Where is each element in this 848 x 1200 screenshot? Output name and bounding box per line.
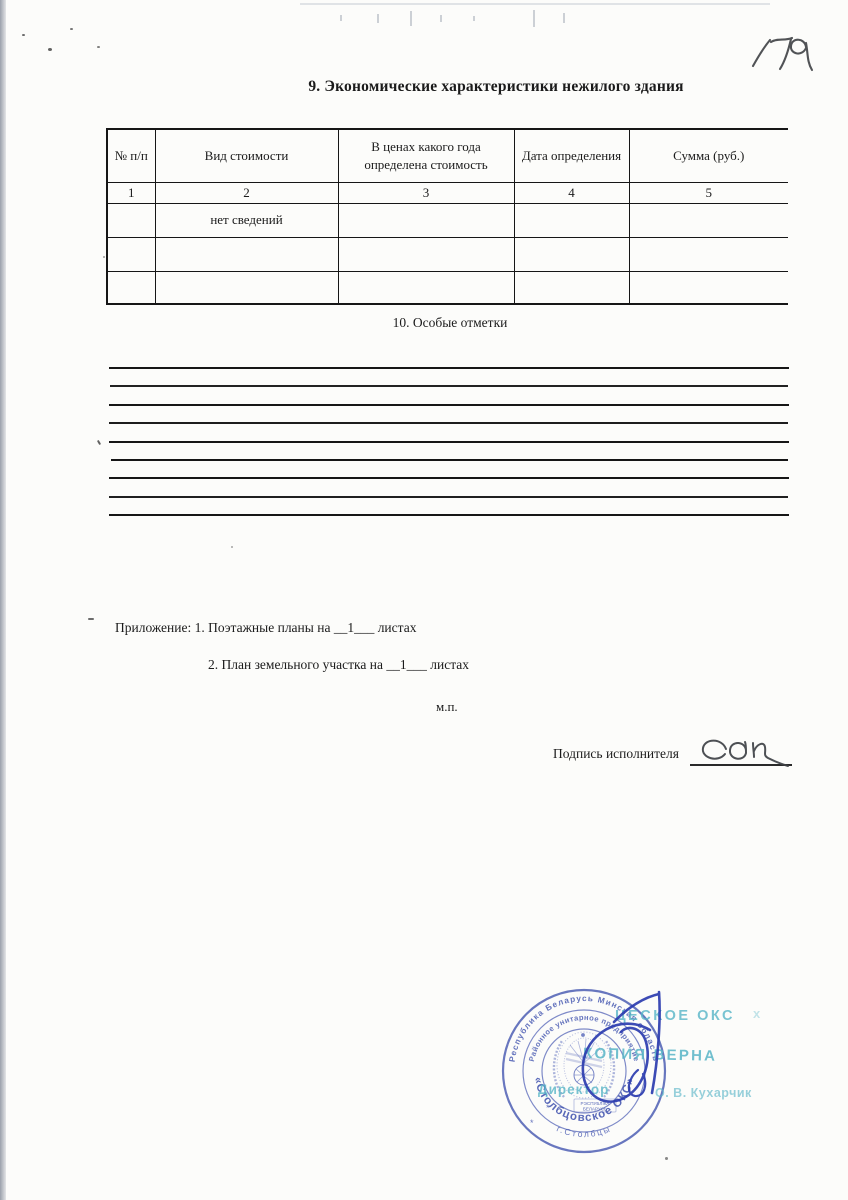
- ghost-mark: [533, 10, 535, 27]
- cell: [514, 271, 629, 304]
- ruled-line: [109, 496, 788, 498]
- cell: [107, 237, 155, 271]
- ruled-line: [111, 459, 788, 461]
- table-row: [107, 271, 788, 304]
- table-row: нет сведений: [107, 203, 788, 237]
- header-price-year: В ценах какого года определена стоимость: [338, 129, 514, 182]
- ruled-line: [110, 385, 788, 387]
- header-sum: Сумма (руб.): [629, 129, 788, 182]
- attachment-1-prefix: 1. Поэтажные планы на: [195, 620, 331, 635]
- cell: [338, 237, 514, 271]
- header-date: Дата определения: [514, 129, 629, 182]
- stamp-city-arc: г.Столбцы: [555, 1123, 613, 1139]
- dust-speck: [231, 546, 233, 548]
- ruled-lines-block: [109, 367, 789, 533]
- cell: [514, 237, 629, 271]
- cell: [338, 203, 514, 237]
- cell: [514, 203, 629, 237]
- handwritten-page-number: 179: [745, 28, 817, 80]
- cell: [629, 237, 788, 271]
- ruled-line: [109, 422, 788, 424]
- attachment-item-1: Приложение: 1. Поэтажные планы на __1___…: [115, 620, 416, 636]
- blank-underscores: __: [334, 620, 348, 635]
- overlay-copy-verna: КОПИЯ ВЕРНА: [583, 1045, 717, 1065]
- blank-underscores: __: [386, 657, 400, 672]
- executor-signature-label: Подпись исполнителя: [553, 746, 679, 762]
- stamp-emblem: [554, 1032, 616, 1112]
- pen-tick-mark: [97, 440, 101, 445]
- header-num: № п/п: [107, 129, 155, 182]
- ghost-mark: [410, 11, 412, 26]
- digit-9-loop-stroke: [791, 40, 806, 54]
- header-value-type: Вид стоимости: [155, 129, 338, 182]
- overlay-director-name: О. В. Кухарчик: [655, 1086, 752, 1100]
- ghost-mark: [473, 16, 475, 21]
- emblem-ribbon-text: РЭСПУБЛІКА БЕЛАРУСЬ: [581, 1101, 611, 1112]
- cell-no-data-note: нет сведений: [155, 203, 338, 237]
- dust-speck: [48, 48, 52, 51]
- ghost-mark: [340, 15, 342, 21]
- blank-underscores: ___: [407, 657, 427, 672]
- table-row: [107, 237, 788, 271]
- dust-speck: [97, 46, 100, 48]
- attachment-2-suffix: листах: [430, 657, 469, 672]
- stamp-star-inner: *: [546, 1103, 550, 1113]
- economic-characteristics-table: № п/п Вид стоимости В ценах какого года …: [106, 128, 788, 305]
- ghost-mark: [440, 15, 442, 22]
- ruled-line: [109, 404, 789, 406]
- stamp-star-outer: *: [530, 1118, 534, 1128]
- attachment-1-suffix: листах: [378, 620, 417, 635]
- overlay-line1-tail: х: [753, 1006, 761, 1021]
- emblem-star: [582, 1034, 585, 1037]
- dust-speck: [22, 34, 25, 36]
- table-header-row: № п/п Вид стоимости В ценах какого года …: [107, 129, 788, 182]
- scanned-document-page: 179 9. Экономические характеристики нежи…: [0, 0, 848, 1200]
- ruled-line: [109, 477, 789, 479]
- cell: [155, 271, 338, 304]
- blank-underscores: ___: [354, 620, 374, 635]
- cell: [629, 271, 788, 304]
- cell: [155, 237, 338, 271]
- overlay-director-label: Директор: [538, 1082, 609, 1097]
- scan-edge-shadow: [0, 0, 6, 1200]
- cell: [338, 271, 514, 304]
- attachment-2-prefix: 2. План земельного участка на: [208, 657, 383, 672]
- col-number: 1: [107, 182, 155, 203]
- official-round-stamp: Республика Беларусь Минская область Райо…: [470, 975, 848, 1200]
- ghost-mark: [377, 14, 379, 23]
- column-numbers-row: 1 2 3 4 5: [107, 182, 788, 203]
- ruled-line: [109, 441, 789, 443]
- col-number: 4: [514, 182, 629, 203]
- executor-signature-scrawl: [693, 726, 799, 772]
- ruled-line: [109, 367, 789, 369]
- svg-text:г.Столбцы: г.Столбцы: [555, 1123, 613, 1139]
- col-number: 3: [338, 182, 514, 203]
- col-number: 2: [155, 182, 338, 203]
- cell: [107, 203, 155, 237]
- section9-title: 9. Экономические характеристики нежилого…: [72, 78, 848, 96]
- overlay-line1: ЦЕСКОЕ ОКС: [615, 1008, 735, 1024]
- attachment-item-2: 2. План земельного участка на __1___ лис…: [208, 657, 469, 673]
- attachments-label: Приложение:: [115, 620, 191, 635]
- emblem-text-line2: БЕЛАРУСЬ: [583, 1107, 607, 1112]
- col-number: 5: [629, 182, 788, 203]
- digit-7-down-stroke: [780, 39, 791, 69]
- scan-top-smudge: [300, 3, 770, 5]
- seal-place-label: м.п.: [436, 699, 458, 715]
- digit-7-top-stroke: [771, 38, 792, 42]
- dust-speck: [103, 256, 105, 258]
- section10-title: 10. Особые отметки: [26, 315, 848, 331]
- dust-speck: [70, 28, 73, 30]
- ruled-line: [109, 514, 789, 516]
- attachment-2-value: 1: [400, 657, 407, 672]
- digit-9-tail-stroke: [806, 43, 812, 70]
- pen-dash-mark: [88, 618, 94, 620]
- cell: [107, 271, 155, 304]
- digit-1-stroke: [753, 40, 770, 66]
- cell: [629, 203, 788, 237]
- ghost-mark: [563, 13, 565, 23]
